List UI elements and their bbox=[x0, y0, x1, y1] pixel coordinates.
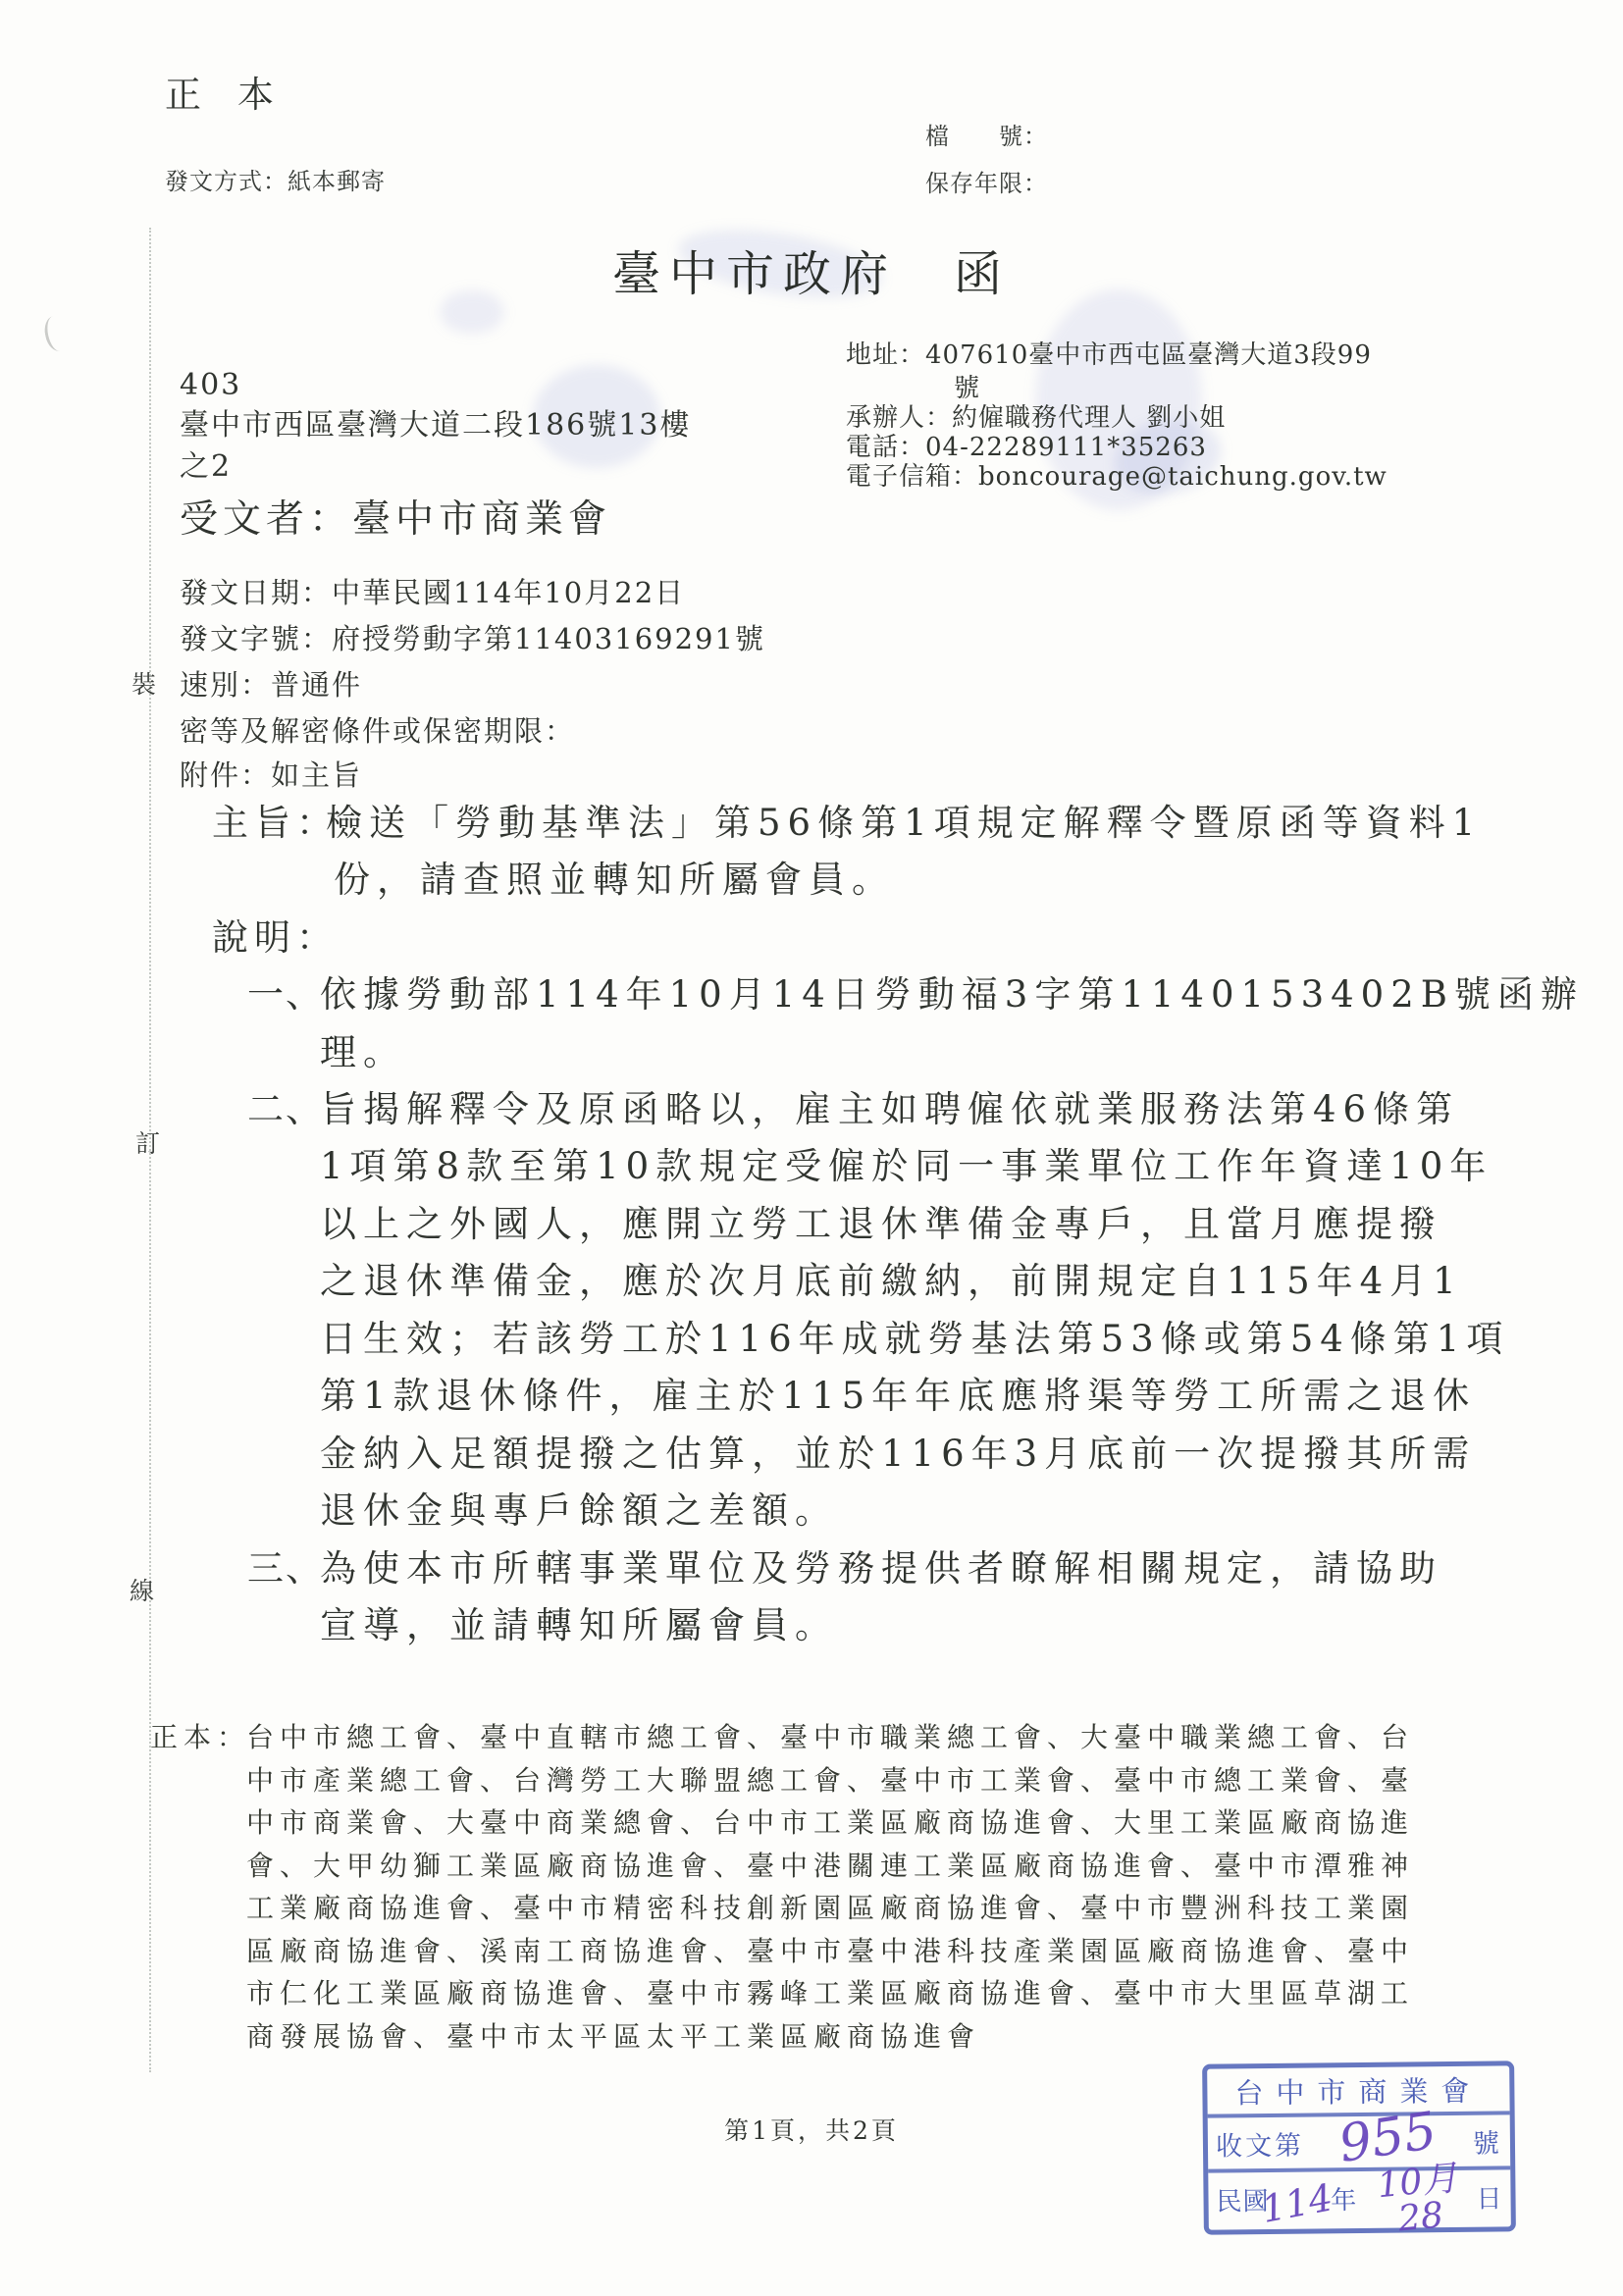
item-line: 金納入足額提撥之估算，並於116年3月底前一次提撥其所需 bbox=[320, 1434, 1476, 1476]
item-line: 第1款退休條件，雇主於115年年底應將渠等勞工所需之退休 bbox=[320, 1376, 1476, 1418]
item-number: 二、 bbox=[247, 1089, 324, 1131]
cc-label: 正本： bbox=[150, 1722, 250, 1753]
secrecy-class: 密等及解密條件或保密期限： bbox=[180, 715, 575, 748]
recipient-street-address-2: 之2 bbox=[180, 450, 232, 485]
copy-type-label: 正 本 bbox=[165, 75, 274, 117]
subject-label: 主旨： bbox=[212, 803, 339, 845]
explanation-label: 說明： bbox=[212, 917, 339, 960]
margin-mark-xian: 線 bbox=[130, 1578, 154, 1606]
subject-line: 份，請查照並轉知所屬會員。 bbox=[334, 860, 895, 902]
stamp-date-unit: 日 bbox=[1476, 2178, 1502, 2215]
retention-period-label: 保存年限： bbox=[925, 171, 1048, 198]
item-line: 理。 bbox=[320, 1032, 406, 1074]
file-number-label: 檔 號： bbox=[925, 124, 1048, 151]
item-line: 之退休準備金，應於次月底前繳納，前開規定自115年4月1 bbox=[320, 1261, 1463, 1303]
handler-name: 承辦人：約僱職務代理人 劉小姐 bbox=[846, 404, 1226, 434]
stamp-receipt-suffix: 號 bbox=[1473, 2121, 1502, 2160]
subject-line: 檢送「勞動基準法」第56條第1項規定解釋令暨原函等資料1 bbox=[326, 803, 1482, 845]
margin-mark-zhuang: 裝 bbox=[131, 671, 156, 700]
item-line: 旨揭解釋令及原函略以，雇主如聘僱依就業服務法第46條第 bbox=[320, 1089, 1459, 1131]
item-line: 退休金與專戶餘額之差額。 bbox=[320, 1490, 838, 1533]
handwritten-date: 10月28 bbox=[1360, 2160, 1478, 2241]
receipt-stamp: 台中市商業會 收文第 955 號 民國 114 年 10月28 日 bbox=[1202, 2061, 1516, 2234]
attachment-note: 附件：如主旨 bbox=[180, 759, 362, 792]
item-number: 三、 bbox=[247, 1548, 324, 1591]
cc-line: 會、大甲幼獅工業區廠商協進會、臺中港關連工業區廠商協進會、臺中市潭雅神 bbox=[246, 1851, 1414, 1882]
cc-line: 商發展協會、臺中市太平區太平工業區廠商協進會 bbox=[246, 2021, 980, 2053]
item-number: 一、 bbox=[247, 974, 324, 1017]
handwritten-year: 114 bbox=[1259, 2178, 1335, 2228]
recipient-line: 受文者：臺中市商業會 bbox=[180, 498, 611, 543]
document-title: 臺中市政府 函 bbox=[0, 247, 1623, 302]
sender-address-line2: 號 bbox=[954, 375, 980, 404]
item-line: 日生效；若該勞工於116年成就勞基法第53條或第54條第1項 bbox=[320, 1319, 1509, 1361]
doc-number: 發文字號：府授勞動字第11403169291號 bbox=[180, 623, 765, 655]
sender-address-line1: 地址：407610臺中市西屯區臺灣大道3段99 bbox=[846, 341, 1372, 371]
cc-line: 中市商業會、大臺中商業總會、台中市工業區廠商協進會、大里工業區廠商協進 bbox=[246, 1807, 1414, 1839]
item-line: 以上之外國人，應開立勞工退休準備金專戶，且當月應提撥 bbox=[320, 1204, 1442, 1246]
cc-line: 中市產業總工會、台灣勞工大聯盟總工會、臺中市工業會、臺中市總工業會、臺 bbox=[246, 1765, 1414, 1797]
item-line: 1項第8款至第10款規定受僱於同一事業單位工作年資達10年 bbox=[320, 1146, 1492, 1188]
delivery-method: 發文方式：紙本郵寄 bbox=[165, 169, 386, 196]
postal-code: 403 bbox=[180, 369, 241, 403]
speed-class: 速別：普通件 bbox=[180, 669, 362, 702]
stamp-date-row: 民國 114 年 10月28 日 bbox=[1208, 2169, 1511, 2225]
cc-line: 市仁化工業區廠商協進會、臺中市霧峰工業區廠商協進會、臺中市大里區草湖工 bbox=[246, 1978, 1414, 2009]
stamp-receipt-prefix: 收文第 bbox=[1216, 2123, 1304, 2163]
pen-mark-artifact bbox=[42, 314, 72, 353]
item-line: 為使本市所轄事業單位及勞務提供者瞭解相關規定，請協助 bbox=[320, 1548, 1442, 1591]
recipient-street-address: 臺中市西區臺灣大道二段186號13樓 bbox=[180, 409, 691, 444]
item-line: 宣導，並請轉知所屬會員。 bbox=[320, 1605, 838, 1647]
email-address: 電子信箱：boncourage@taichung.gov.tw bbox=[846, 463, 1387, 493]
item-line: 依據勞動部114年10月14日勞動福3字第1140153402B號函辦 bbox=[320, 974, 1584, 1017]
issue-date: 發文日期：中華民國114年10月22日 bbox=[180, 577, 685, 609]
scanned-official-letter-page: 正 本 發文方式：紙本郵寄 檔 號： 保存年限： 臺中市政府 函 403 臺中市… bbox=[0, 0, 1623, 2296]
phone-number: 電話：04-22289111*35263 bbox=[846, 434, 1207, 463]
stamp-org-name: 台中市商業會 bbox=[1207, 2065, 1510, 2117]
cc-line: 區廠商協進會、溪南工商協進會、臺中市臺中港科技產業園區廠商協進會、臺中 bbox=[246, 1936, 1414, 1967]
margin-mark-ding: 訂 bbox=[135, 1130, 160, 1159]
cc-line: 台中市總工會、臺中直轄市總工會、臺中市職業總工會、大臺中職業總工會、台 bbox=[246, 1722, 1414, 1753]
cc-line: 工業廠商協進會、臺中市精密科技創新園區廠商協進會、臺中市豐洲科技工業園 bbox=[246, 1893, 1414, 1924]
